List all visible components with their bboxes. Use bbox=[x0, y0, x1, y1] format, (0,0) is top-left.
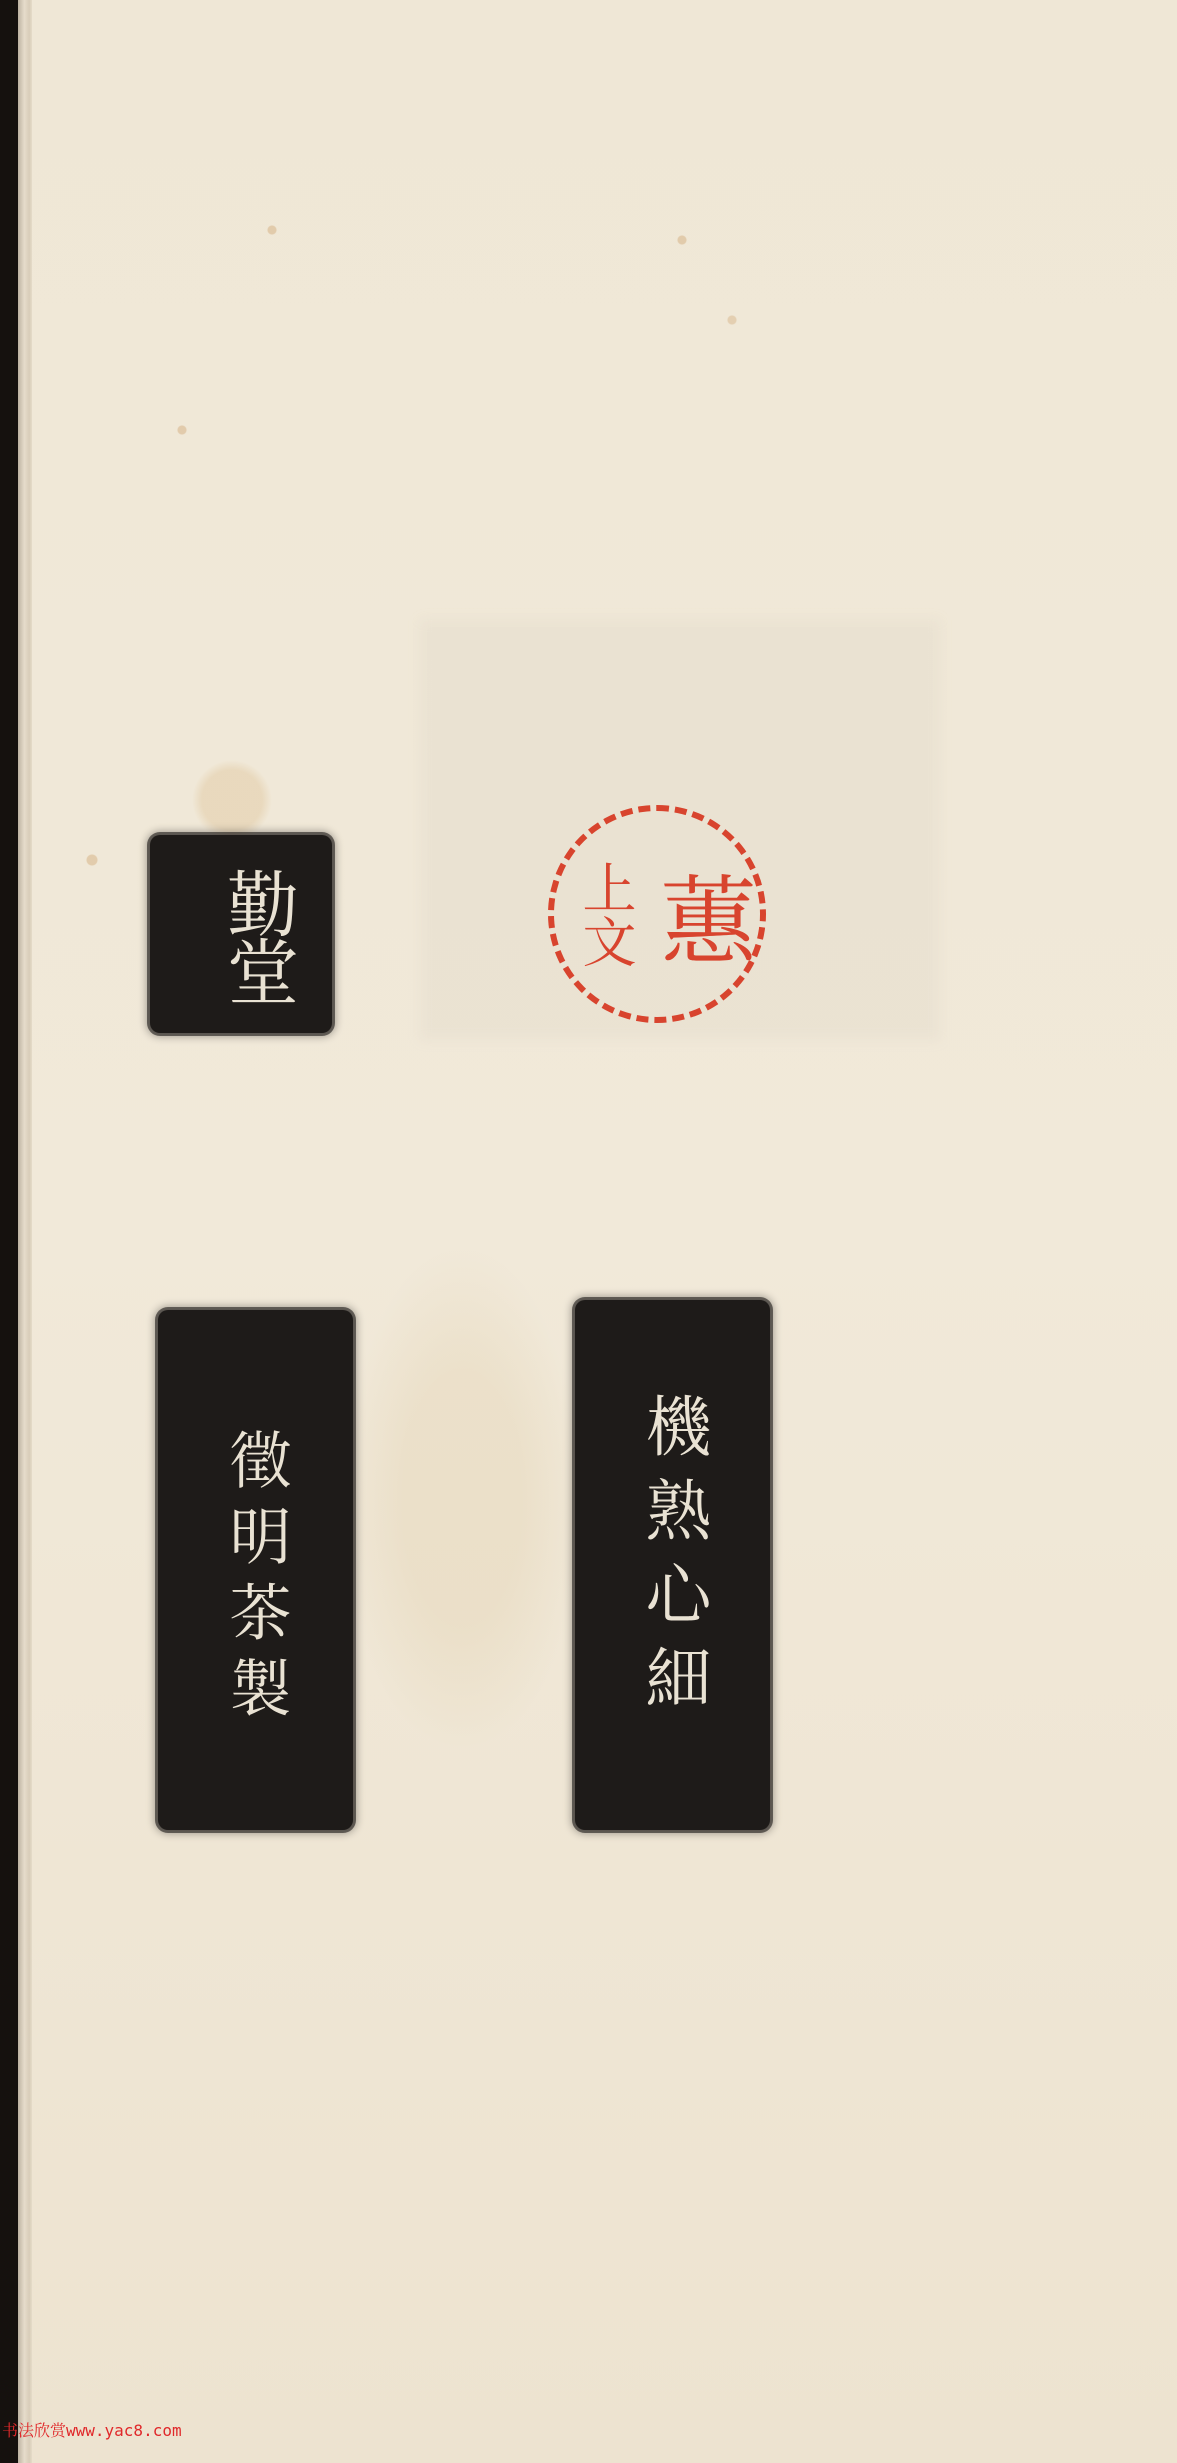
seal-rubbing-zhengming-cha-zhi: 徵明茶製 bbox=[158, 1310, 353, 1830]
seal-text-right: 蕙 bbox=[661, 846, 757, 983]
seal-rubbing-qin-tang: 勤堂 bbox=[150, 835, 332, 1033]
site-watermark: 书法欣赏www.yac8.com bbox=[2, 2418, 182, 2441]
seal-rubbing-ji-shu-xin-xi: 機熟心細 bbox=[575, 1300, 770, 1830]
seal-text-left: 上文 bbox=[567, 860, 644, 968]
seal-text: 徵明茶製 bbox=[158, 1370, 353, 1790]
red-seal-hui: 上文 蕙 bbox=[548, 805, 766, 1023]
album-page bbox=[32, 0, 1177, 2463]
seal-text: 勤堂 bbox=[150, 855, 332, 1015]
album-binding bbox=[0, 0, 20, 2463]
seal-text: 機熟心細 bbox=[575, 1370, 770, 1750]
